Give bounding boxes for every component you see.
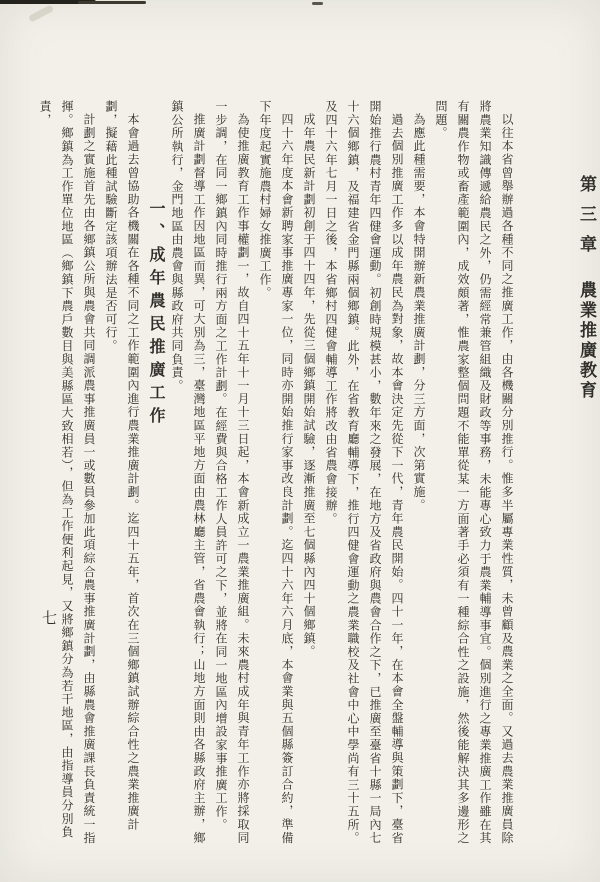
scan-artifact (28, 4, 54, 22)
body-paragraph: 為使推廣教育工作事權劃一，故自四十五年十一月十三日起，本會新成立一農業推廣組。未… (210, 100, 254, 845)
scan-artifact (0, 0, 96, 4)
chapter-number: 第三章 (577, 175, 596, 265)
chapter-title: 農業推廣教育 (577, 281, 596, 401)
section-paragraph: 本會過去曾協助各機關在各種不同之工作範圍內進行農業推廣計劃。迄四十五年，首次在三… (100, 100, 144, 845)
page-number: 七 (42, 607, 57, 628)
body-paragraph: 為應此種需要，本會特開辦新農業推廣計劃，分三方面，次第實施。 (408, 100, 430, 845)
body-paragraph: 成年農民新計劃初創于四十四年，先從三個鄉鎮開始試驗，逐漸推廣至七個縣內四十個鄉鎮… (298, 100, 320, 845)
section-heading: 一、成年農民推廣工作 (144, 200, 166, 845)
body-paragraph: 推廣計劃督導工作因地區而異，可大別為三，臺灣地區平地方面由農林廳主管，省農會執行… (166, 100, 210, 845)
book-page: 第三章 農業推廣教育 以往本省曾舉辦過各種不同之推廣工作，由各機關分別推行。惟多… (0, 0, 600, 882)
section-paragraph: 計劃之實施首先由各鄉鎮公所與農會共同調派農事推廣員一或數員參加此項綜合農事推廣計… (34, 100, 100, 845)
chapter-heading: 第三章 農業推廣教育 (574, 175, 598, 845)
scan-artifact (78, 1, 146, 4)
body-paragraph: 過去個別推廣工作多以成年農民為對象，故本會決定先從下一代，青年農民開始。四十一年… (320, 100, 408, 845)
body-paragraph: 四十六年度本會新聘家事推廣專家一位，同時亦開始推行家事改良計劃。迄四十六年六月底… (254, 100, 298, 845)
body-paragraph: 以往本省曾舉辦過各種不同之推廣工作，由各機關分別推行。惟多半屬專業性質，未曾顧及… (430, 100, 518, 845)
page-content: 第三章 農業推廣教育 以往本省曾舉辦過各種不同之推廣工作，由各機關分別推行。惟多… (52, 100, 598, 845)
scan-artifact (312, 2, 323, 5)
